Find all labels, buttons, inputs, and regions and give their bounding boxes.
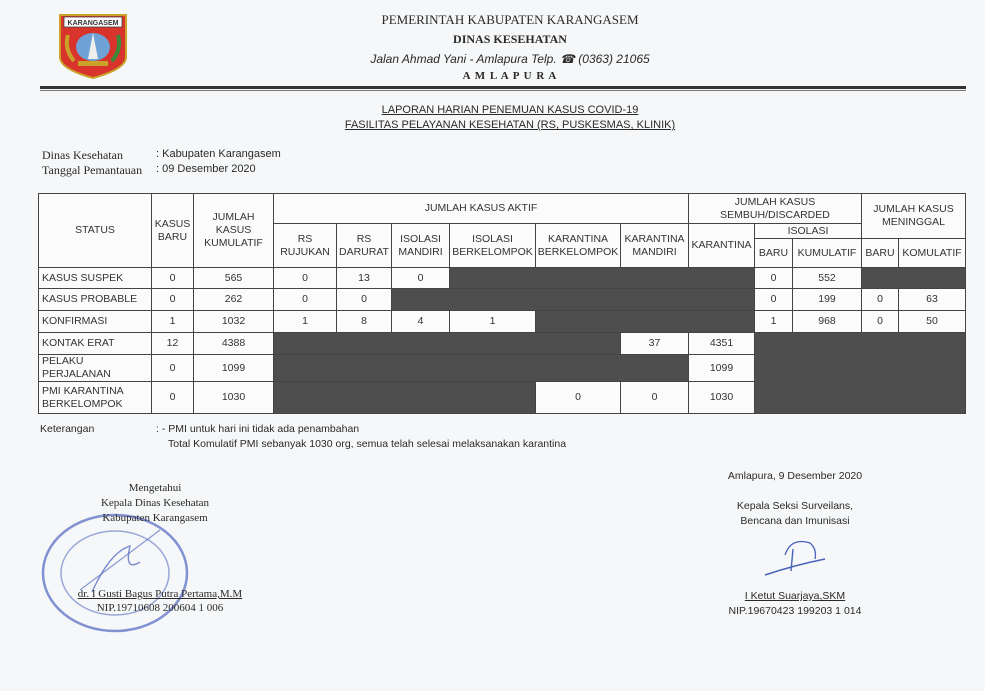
cell-blank — [755, 333, 966, 414]
header-kasus-aktif: JUMLAH KASUS AKTIF — [274, 194, 689, 224]
row-status: PELAKU PERJALANAN — [39, 355, 152, 382]
cell-blank — [862, 268, 966, 289]
header-meninggal-komulatif: KOMULATIF — [899, 239, 966, 268]
sig-right-nip: NIP.19670423 199203 1 014 — [700, 605, 890, 617]
cell-kasus-baru: 0 — [152, 355, 194, 382]
header-divider-thin — [40, 90, 966, 91]
cell-rs-rujukan: 0 — [274, 289, 337, 311]
karangasem-logo: KARANGASEM — [58, 13, 128, 79]
cell-isolasi-mandiri: 4 — [392, 311, 450, 333]
header-karantina-mandiri: KARANTINA MANDIRI — [621, 224, 689, 268]
table-row: KONTAK ERAT 12 4388 37 4351 — [39, 333, 966, 355]
cell-kumulatif: 1030 — [194, 382, 274, 414]
header-karantina-berkelompok: KARANTINA BERKELOMPOK — [536, 224, 621, 268]
header-isolasi-kumulatif: KUMULATIF — [793, 239, 862, 268]
cell-kumulatif: 565 — [194, 268, 274, 289]
sig-right-title2: Bencana dan Imunisasi — [700, 515, 890, 527]
cell-meninggal-komulatif: 50 — [899, 311, 966, 333]
tanggal-value: : 09 Desember 2020 — [156, 163, 256, 175]
header-karantina: KARANTINA — [689, 224, 755, 268]
notes-label: Keterangan — [40, 423, 94, 435]
notes-line-1: : - PMI untuk hari ini tidak ada penamba… — [156, 423, 359, 435]
cell-sembuh-baru: 0 — [755, 268, 793, 289]
cell-rs-darurat: 13 — [337, 268, 392, 289]
cell-kasus-baru: 12 — [152, 333, 194, 355]
signature-scribble-icon — [755, 535, 835, 590]
cell-rs-rujukan: 0 — [274, 268, 337, 289]
sig-left-nip: NIP.19710608 200604 1 006 — [55, 602, 265, 614]
row-status: KONFIRMASI — [39, 311, 152, 333]
cell-rs-rujukan: 1 — [274, 311, 337, 333]
cell-blank — [274, 355, 689, 382]
cell-isolasi-mandiri: 0 — [392, 268, 450, 289]
dinas-label: Dinas Kesehatan — [42, 148, 123, 163]
header-status: STATUS — [39, 194, 152, 268]
cell-meninggal-baru: 0 — [862, 289, 899, 311]
cell-sembuh-baru: 0 — [755, 289, 793, 311]
cell-kasus-baru: 1 — [152, 311, 194, 333]
cell-karantina: 1099 — [689, 355, 755, 382]
sig-right-name: I Ketut Suarjaya,SKM — [700, 590, 890, 602]
sig-left-line3: Kabupaten Karangasem — [80, 512, 230, 524]
row-status: KASUS PROBABLE — [39, 289, 152, 311]
cell-blank — [274, 382, 536, 414]
header-isolasi-berkelompok: ISOLASI BERKELOMPOK — [450, 224, 536, 268]
cell-kumulatif: 262 — [194, 289, 274, 311]
cell-sembuh-baru: 1 — [755, 311, 793, 333]
cell-karantina: 1030 — [689, 382, 755, 414]
cell-blank — [450, 268, 755, 289]
header-rs-darurat: RS DARURAT — [337, 224, 392, 268]
cell-karantina-mandiri: 0 — [621, 382, 689, 414]
cell-sembuh-kumulatif: 552 — [793, 268, 862, 289]
covid-report-table: STATUS KASUS BARU JUMLAH KASUS KUMULATIF… — [38, 193, 966, 414]
svg-text:KARANGASEM: KARANGASEM — [68, 20, 119, 27]
cell-kasus-baru: 0 — [152, 289, 194, 311]
cell-meninggal-baru: 0 — [862, 311, 899, 333]
header-rs-rujukan: RS RUJUKAN — [274, 224, 337, 268]
cell-kasus-baru: 0 — [152, 382, 194, 414]
cell-karantina-mandiri: 37 — [621, 333, 689, 355]
sig-left-line2: Kepala Dinas Kesehatan — [80, 497, 230, 509]
header-jumlah-kumulatif: JUMLAH KASUS KUMULATIF — [194, 194, 274, 268]
sig-left-line1: Mengetahui — [80, 482, 230, 494]
cell-isolasi-berkelompok: 1 — [450, 311, 536, 333]
dinas-value: : Kabupaten Karangasem — [156, 148, 281, 160]
row-status: KASUS SUSPEK — [39, 268, 152, 289]
header-isolasi-baru: BARU — [755, 239, 793, 268]
cell-karantina: 4351 — [689, 333, 755, 355]
header-sembuh: JUMLAH KASUS SEMBUH/DISCARDED — [689, 194, 862, 224]
cell-sembuh-kumulatif: 968 — [793, 311, 862, 333]
department-name: DINAS KESEHATAN — [300, 32, 720, 47]
notes-line-2: Total Komulatif PMI sebanyak 1030 org, s… — [168, 438, 566, 450]
cell-karantina-berkelompok: 0 — [536, 382, 621, 414]
cell-kumulatif: 1032 — [194, 311, 274, 333]
row-status: KONTAK ERAT — [39, 333, 152, 355]
report-subtitle: FASILITAS PELAYANAN KESEHATAN (RS, PUSKE… — [300, 119, 720, 131]
sig-right-title1: Kepala Seksi Surveilans, — [700, 500, 890, 512]
gov-name: PEMERINTAH KABUPATEN KARANGASEM — [300, 12, 720, 28]
cell-rs-darurat: 0 — [337, 289, 392, 311]
sig-left-name: dr. I Gusti Bagus Putra Pertama,M.M — [55, 588, 265, 600]
row-status: PMI KARANTINA BERKELOMPOK — [39, 382, 152, 414]
cell-blank — [536, 311, 755, 333]
official-stamp — [40, 512, 190, 634]
cell-meninggal-komulatif: 63 — [899, 289, 966, 311]
report-title: LAPORAN HARIAN PENEMUAN KASUS COVID-19 — [300, 104, 720, 116]
header-divider — [40, 86, 966, 89]
header-isolasi: ISOLASI — [755, 224, 862, 239]
table-row: KONFIRMASI 1 1032 1 8 4 1 1 968 0 50 — [39, 311, 966, 333]
header-isolasi-mandiri: ISOLASI MANDIRI — [392, 224, 450, 268]
table-row: KASUS SUSPEK 0 565 0 13 0 0 552 — [39, 268, 966, 289]
sig-right-place-date: Amlapura, 9 Desember 2020 — [700, 470, 890, 482]
tanggal-label: Tanggal Pemantauan — [42, 163, 142, 178]
cell-kumulatif: 1099 — [194, 355, 274, 382]
header-meninggal-baru: BARU — [862, 239, 899, 268]
cell-sembuh-kumulatif: 199 — [793, 289, 862, 311]
city-name: A M L A P U R A — [300, 70, 720, 82]
address-line: Jalan Ahmad Yani - Amlapura Telp. ☎ (036… — [300, 52, 720, 66]
header-kasus-baru: KASUS BARU — [152, 194, 194, 268]
cell-rs-darurat: 8 — [337, 311, 392, 333]
cell-blank — [274, 333, 621, 355]
header-meninggal: JUMLAH KASUS MENINGGAL — [862, 194, 966, 239]
cell-kasus-baru: 0 — [152, 268, 194, 289]
cell-kumulatif: 4388 — [194, 333, 274, 355]
table-row: KASUS PROBABLE 0 262 0 0 0 199 0 63 — [39, 289, 966, 311]
cell-blank — [392, 289, 755, 311]
